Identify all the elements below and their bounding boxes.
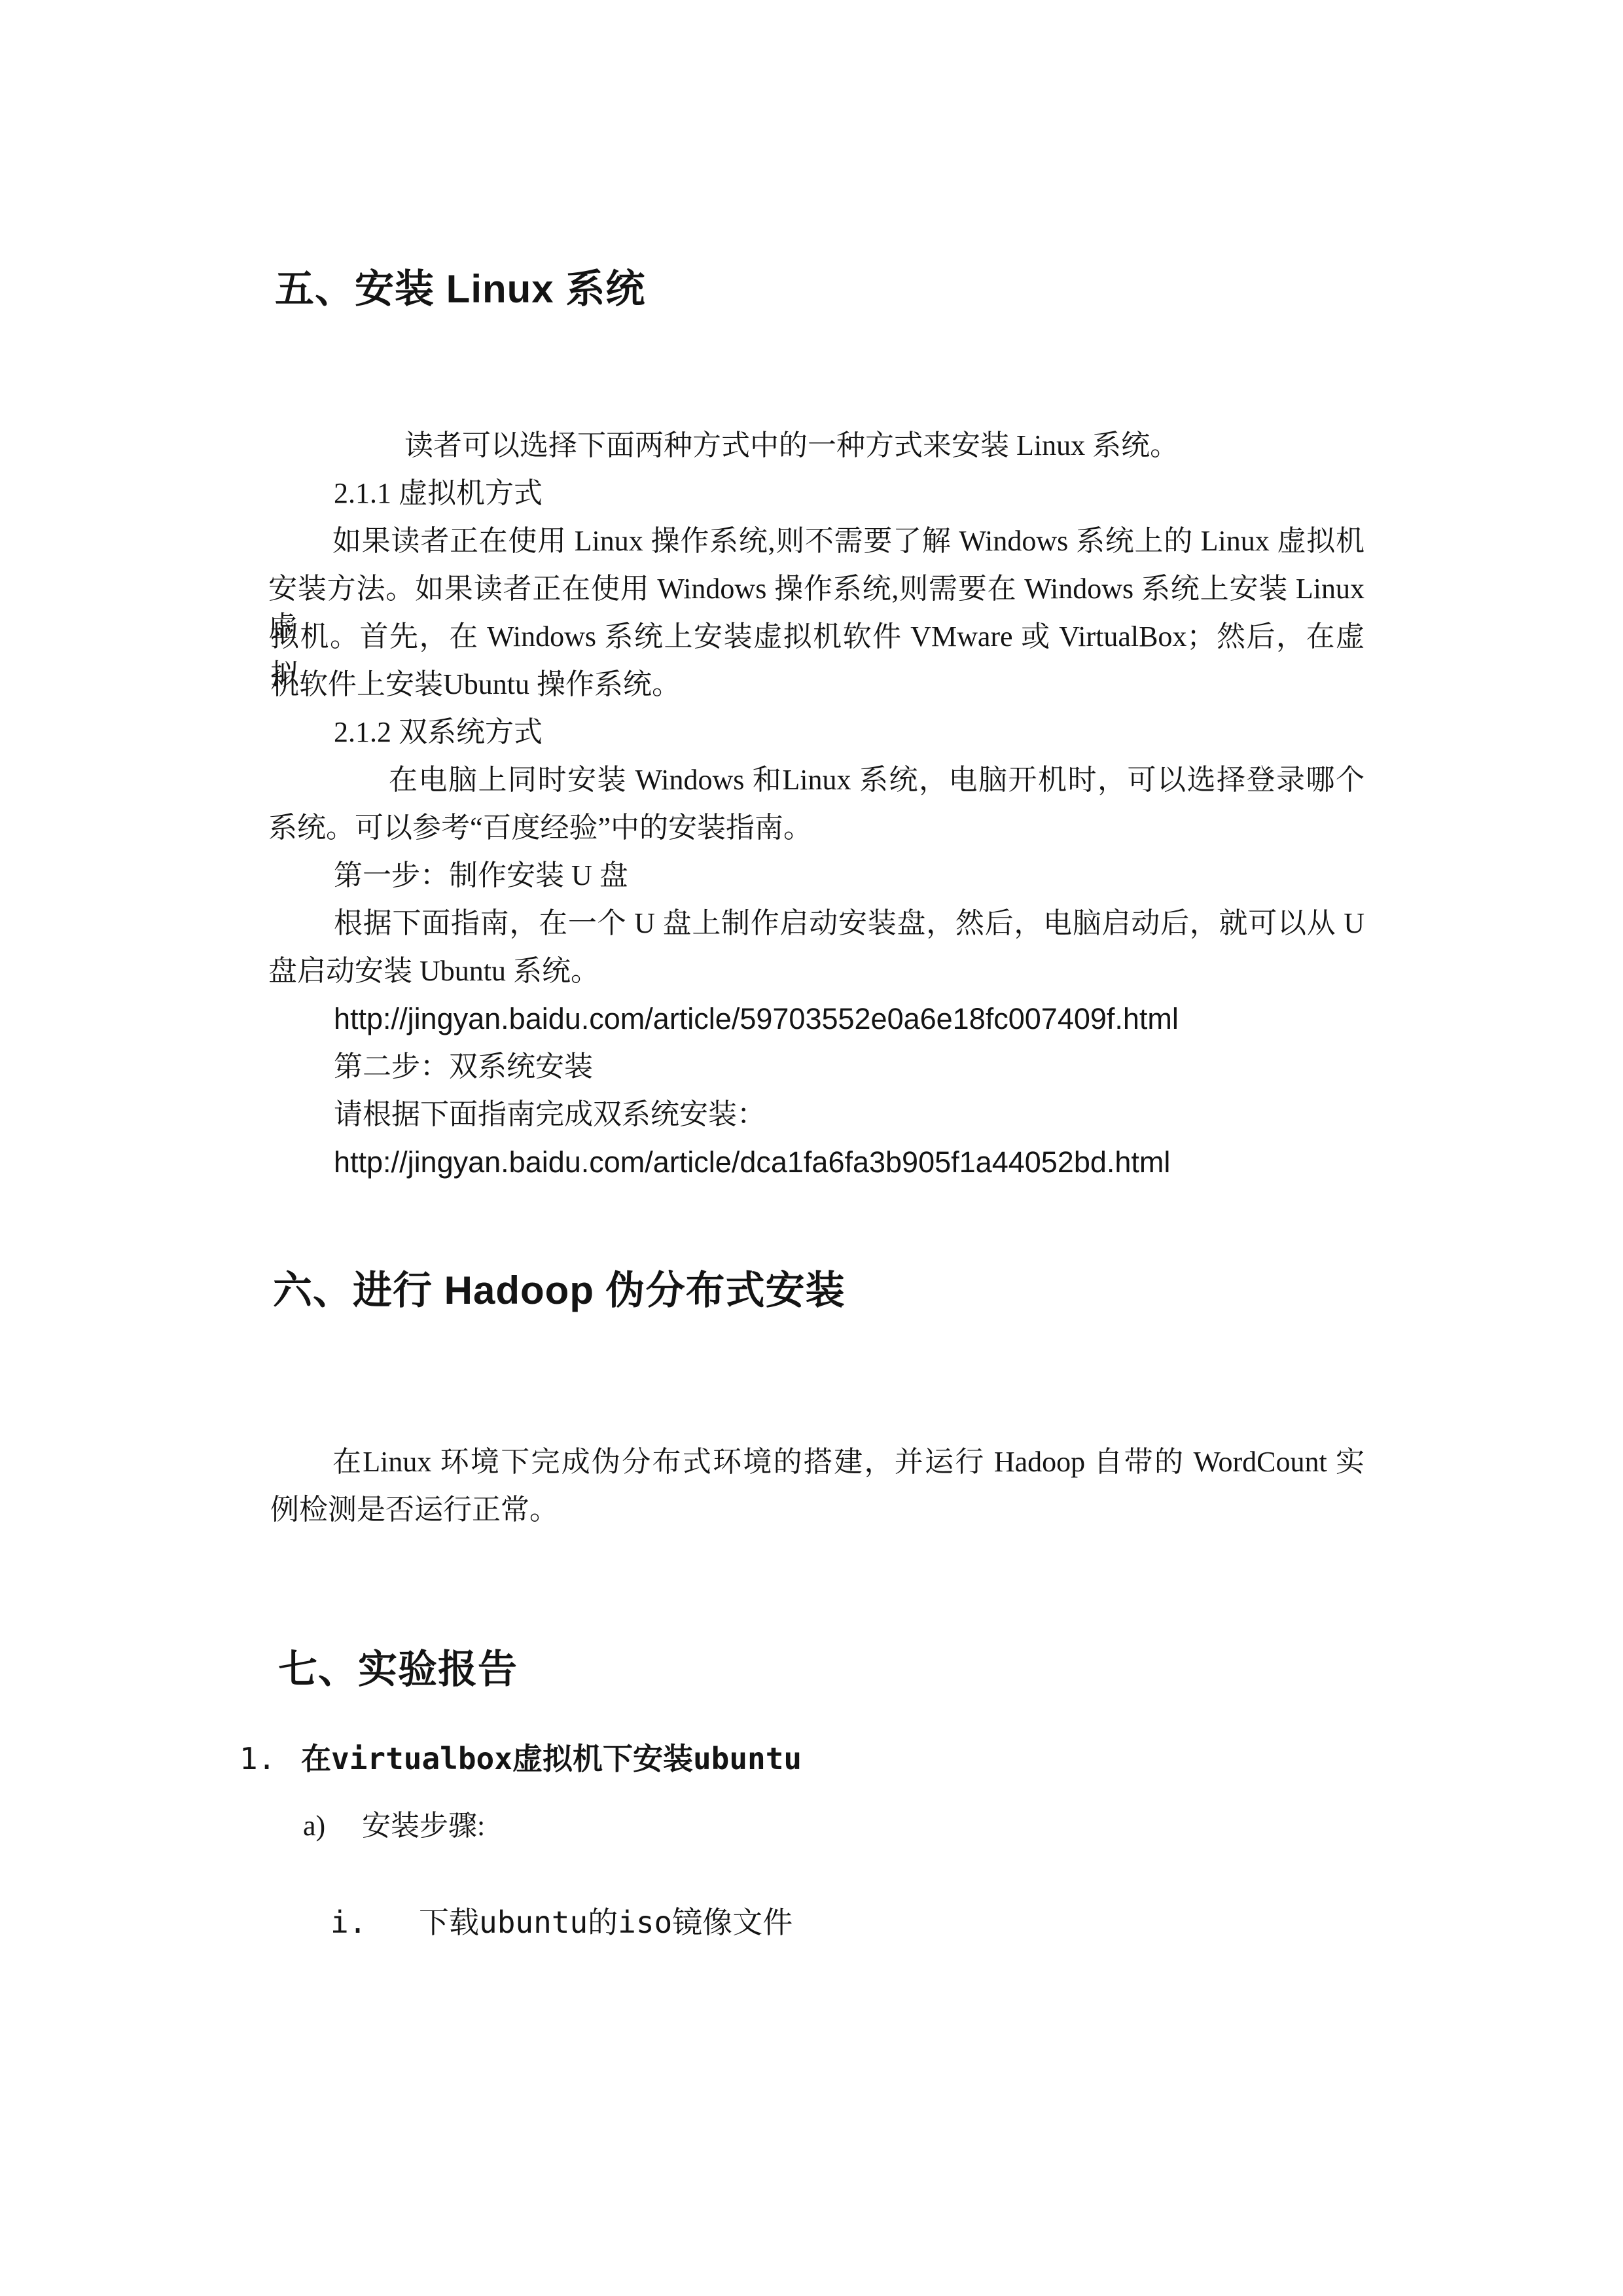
s5-heading-2-1-2: 2.1.2 双系统方式 bbox=[334, 713, 543, 751]
document-page: 五、安装 Linux 系统 读者可以选择下面两种方式中的一种方式来安装 Linu… bbox=[0, 0, 1623, 2296]
s5-heading-2-1-1: 2.1.1 虚拟机方式 bbox=[334, 475, 543, 512]
report-sub-i-text: 下载ubuntu的iso镜像文件 bbox=[419, 1903, 793, 1941]
s5-url-usb-guide: http://jingyan.baidu.com/article/5970355… bbox=[334, 1000, 1179, 1038]
s5-step2-line: 请根据下面指南完成双系统安装： bbox=[334, 1096, 766, 1134]
s5-step1-heading: 第一步：制作安装 U 盘 bbox=[334, 857, 628, 895]
s5-url-dual-guide: http://jingyan.baidu.com/article/dca1fa6… bbox=[334, 1143, 1170, 1181]
report-sub-a-text: 安装步骤: bbox=[362, 1807, 485, 1845]
s6-line-2: 例检测是否运行正常。 bbox=[270, 1491, 558, 1529]
report-item1-text: 在virtualbox虚拟机下安装ubuntu bbox=[301, 1740, 802, 1778]
section6-title: 六、进行 Hadoop 伪分布式安装 bbox=[273, 1268, 846, 1313]
section7-title: 七、实验报告 bbox=[278, 1647, 518, 1692]
s6-line-1: 在Linux 环境下完成伪分布式环境的搭建，并运行 Hadoop 自带的 Wor… bbox=[332, 1443, 1364, 1481]
report-sub-a-marker: a) bbox=[303, 1807, 325, 1845]
s5-line-vm-1: 如果读者正在使用 Linux 操作系统,则不需要了解 Windows 系统上的 … bbox=[332, 522, 1364, 560]
s5-line-dual-1: 在电脑上同时安装 Windows 和Linux 系统，电脑开机时，可以选择登录哪… bbox=[389, 761, 1364, 799]
s5-step2-heading: 第二步：双系统安装 bbox=[334, 1048, 593, 1086]
report-item1-marker: 1. bbox=[240, 1740, 276, 1778]
s5-step1-line-1: 根据下面指南，在一个 U 盘上制作启动安装盘，然后，电脑启动后，就可以从 U bbox=[334, 905, 1364, 942]
section5-title: 五、安装 Linux 系统 bbox=[275, 267, 645, 312]
report-sub-i-marker: i. bbox=[330, 1903, 366, 1941]
s5-line-vm-4: 机软件上安装Ubuntu 操作系统。 bbox=[270, 666, 681, 704]
s5-line-dual-2: 系统。可以参考“百度经验”中的安装指南。 bbox=[268, 809, 812, 847]
s5-paragraph-intro: 读者可以选择下面两种方式中的一种方式来安装 Linux 系统。 bbox=[404, 427, 1179, 465]
s5-step1-line-2: 盘启动安装 Ubuntu 系统。 bbox=[268, 952, 599, 990]
